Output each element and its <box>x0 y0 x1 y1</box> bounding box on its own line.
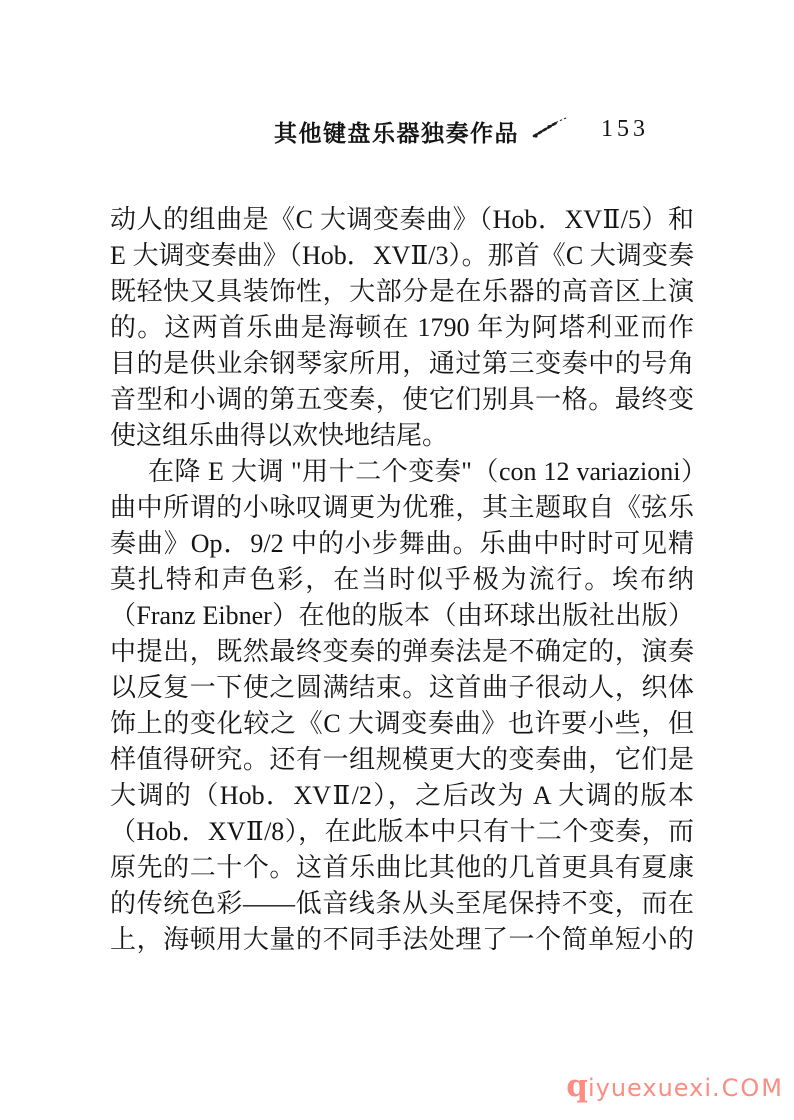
scanned-book-page: 其他键盘乐器独奏作品 153 动人的组曲是《C 大调变奏曲》（Hob．XVⅡ/5… <box>0 0 794 1120</box>
page-number: 153 <box>601 116 649 143</box>
watermark-domain: .COM <box>712 1074 784 1102</box>
text-line: 莫扎特和声色彩，在当时似乎极为流行。埃布纳 <box>110 562 694 598</box>
text-line: （Franz Eibner）在他的版本（由环球出版社出版）前言 <box>110 598 694 634</box>
text-line: 奏曲》Op．9/2 中的小步舞曲。乐曲中时时可见精妙的 <box>110 526 694 562</box>
text-line: 的传统色彩——低音线条从头至尾保持不变，而在其之 <box>110 886 694 922</box>
text-line: E 大调变奏曲》（Hob．XVⅡ/3）。那首《C 大调变奏曲》 <box>110 238 694 274</box>
body-text: 动人的组曲是《C 大调变奏曲》（Hob．XVⅡ/5）和《降 E 大调变奏曲》（H… <box>110 202 694 958</box>
text-line-paragraph-end: 使这组乐曲得以欢快地结尾。 <box>110 418 694 454</box>
text-line: 音型和小调的第五变奏，使它们别具一格。最终变奏则 <box>110 382 694 418</box>
watermark-name: iyuexuexi <box>588 1074 712 1102</box>
watermark-initial: q <box>566 1068 588 1104</box>
text-line-paragraph-start: 在降 E 大调 "用十二个变奏"（con 12 variazioni）一 <box>110 454 694 490</box>
text-line: 样值得研究。还有一组规模更大的变奏曲，它们是 G <box>110 742 694 778</box>
text-line: 大调的（Hob．XVⅡ/2），之后改为 A 大调的版本 <box>110 778 694 814</box>
text-line: 原先的二十个。这首乐曲比其他的几首更具有夏康舞曲 <box>110 850 694 886</box>
text-line: 上，海顿用大量的不同手法处理了一个简单短小的主 <box>110 922 694 958</box>
text-line: 中提出，既然最终变奏的弹奏法是不确定的，演奏者可 <box>110 634 694 670</box>
text-line: 动人的组曲是《C 大调变奏曲》（Hob．XVⅡ/5）和《降 <box>110 202 694 238</box>
site-watermark: q iyuexuexi .COM <box>566 1068 784 1104</box>
text-line: 以反复一下使之圆满结束。这首曲子很动人，织体与装 <box>110 670 694 706</box>
text-line: 既轻快又具装饰性，大部分是在乐器的高音区上演奏 <box>110 274 694 310</box>
text-line: 饰上的变化较之《C 大调变奏曲》也许要小些，但是同 <box>110 706 694 742</box>
running-head-title: 其他键盘乐器独奏作品 <box>274 115 519 148</box>
page-header: 其他键盘乐器独奏作品 153 <box>0 113 794 147</box>
text-line: （Hob．XVⅡ/8），在此版本中只有十二个变奏，而不是 <box>110 814 694 850</box>
text-line: 的。这两首乐曲是海顿在 1790 年为阿塔利亚而作的， <box>110 310 694 346</box>
text-line: 目的是供业余钢琴家所用，通过第三变奏中的号角华彩 <box>110 346 694 382</box>
text-line: 曲中所谓的小咏叹调更为优雅，其主题取自《弦乐四重 <box>110 490 694 526</box>
ink-smudge-icon <box>530 115 572 141</box>
